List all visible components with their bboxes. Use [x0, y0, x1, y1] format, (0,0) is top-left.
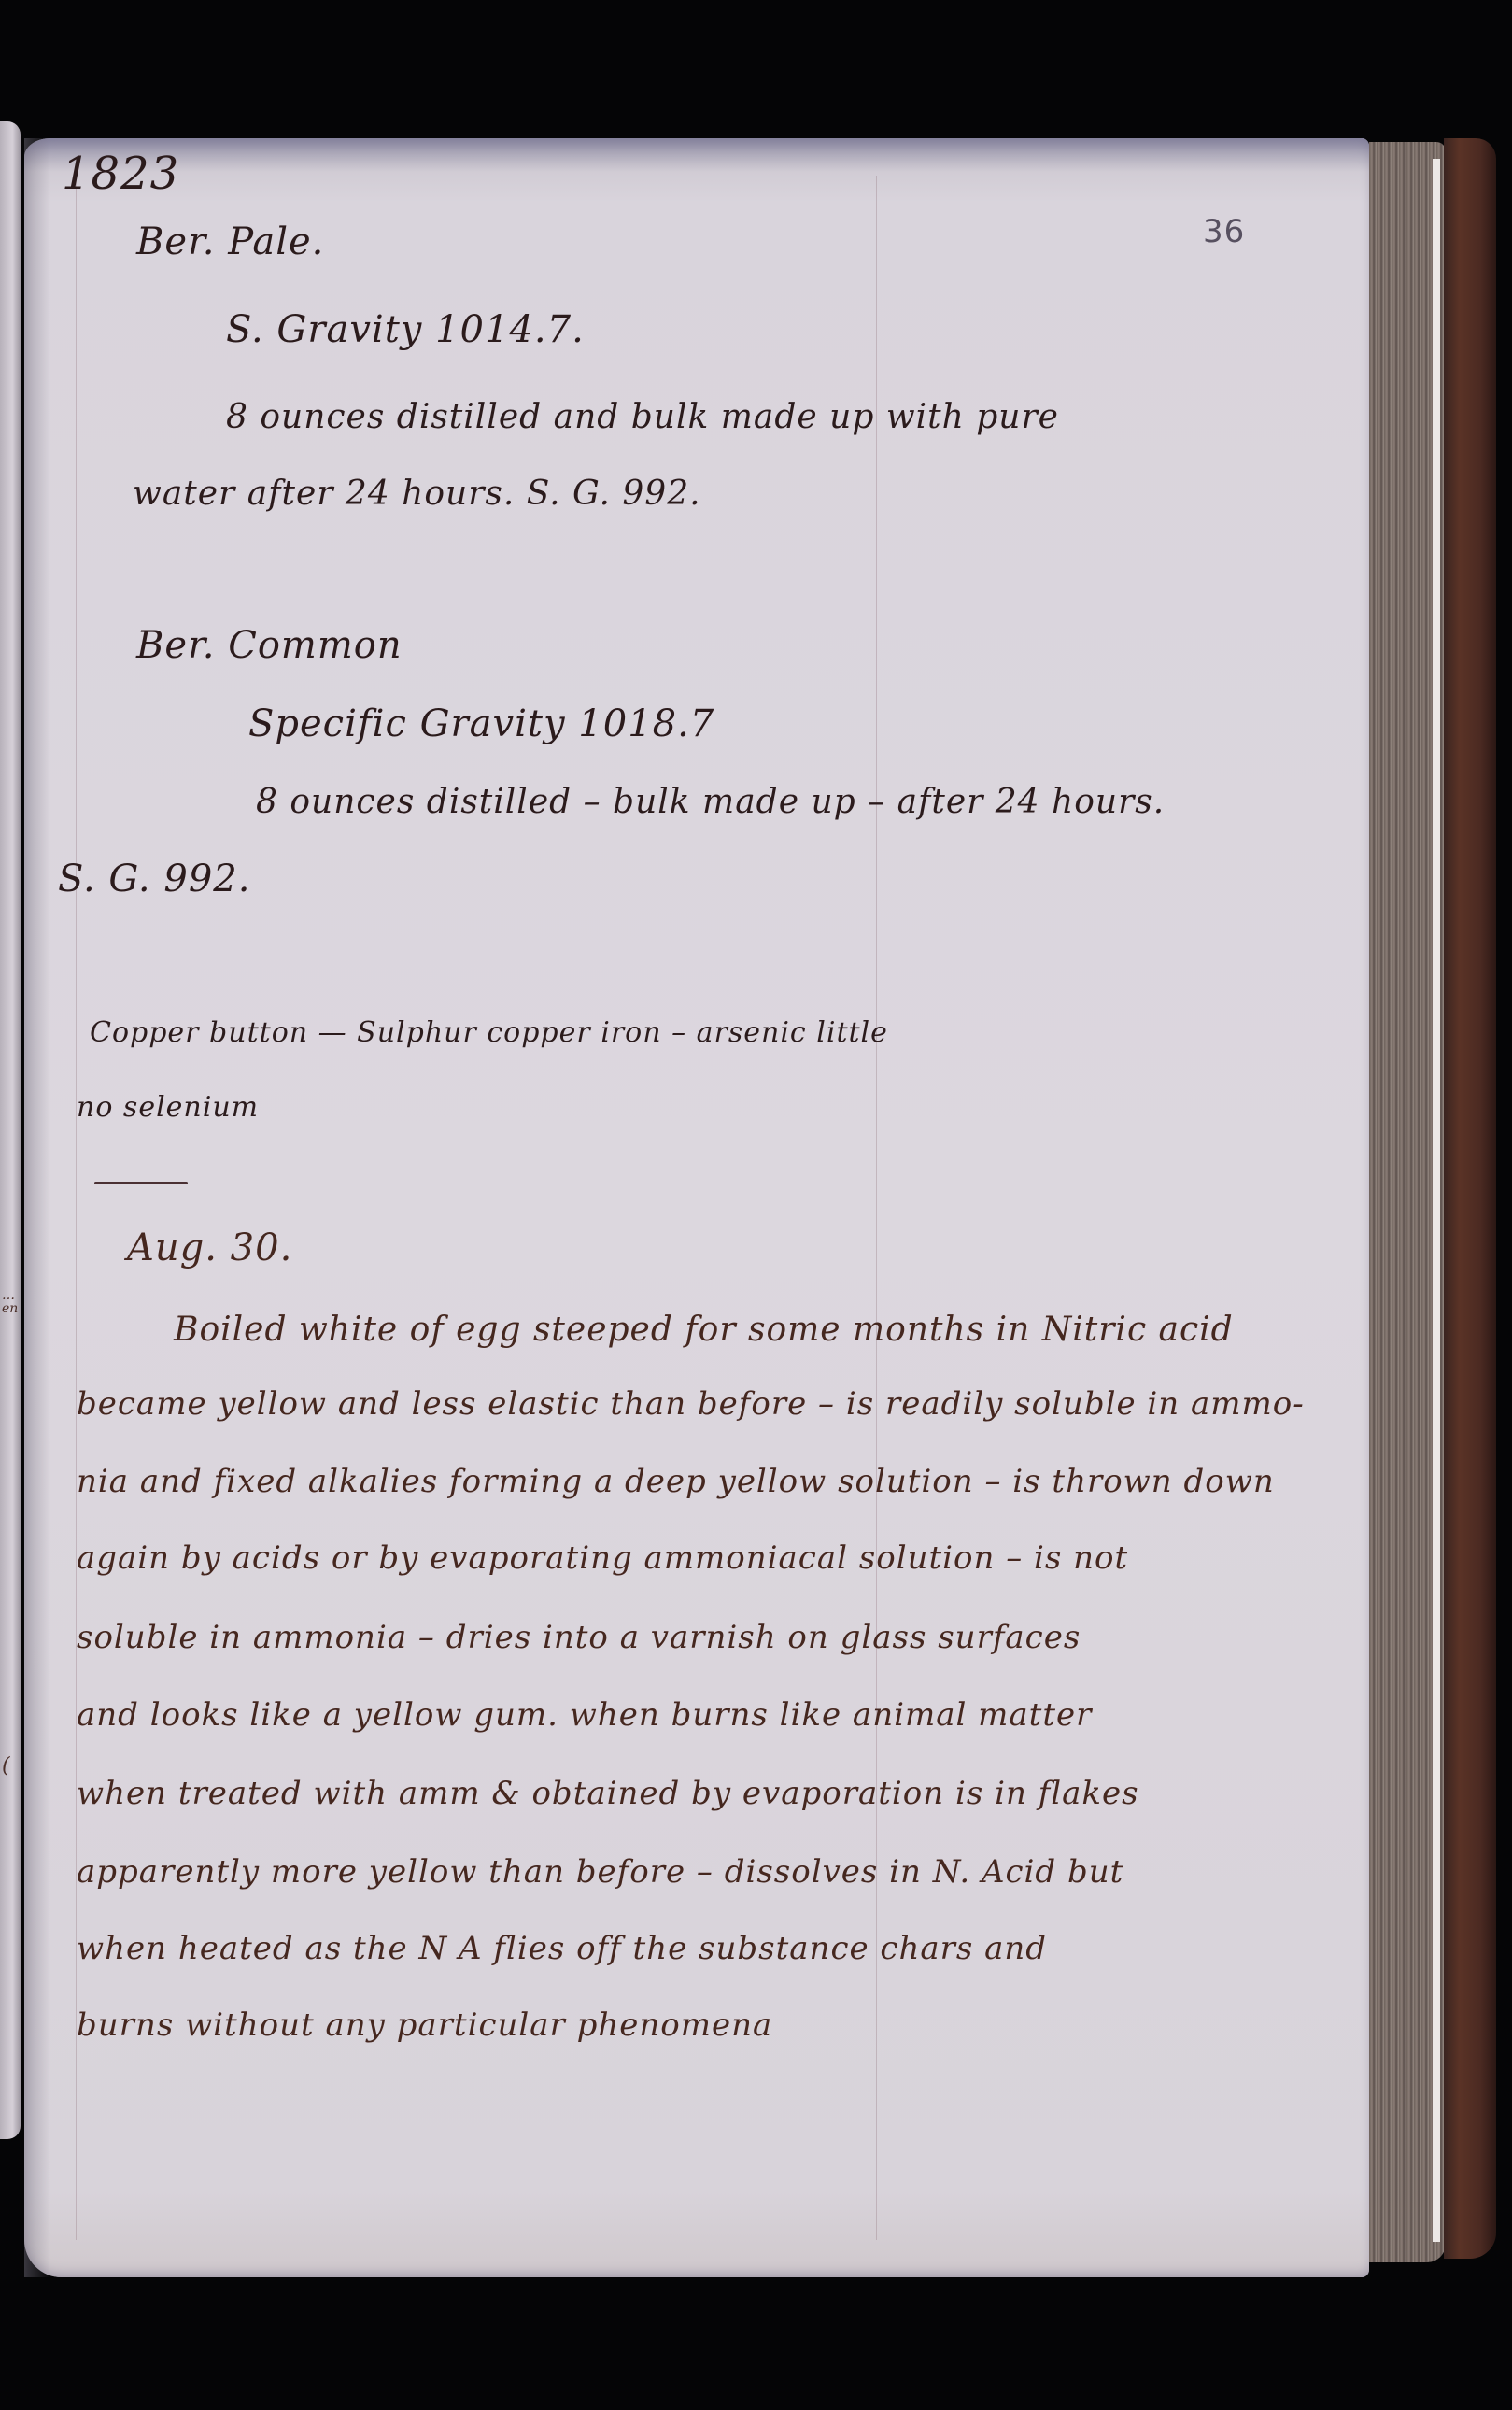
entry-line: Copper button — Sulphur copper iron – ar… [90, 1016, 888, 1049]
entry-line: S. G. 992. [58, 858, 250, 900]
year-heading: 1823 [62, 148, 179, 200]
entry-line: burns without any particular phenomena [77, 2006, 772, 2044]
book-cover [1444, 138, 1496, 2259]
entry-line: no selenium [77, 1091, 259, 1124]
entry-line: soluble in ammonia – dries into a varnis… [77, 1619, 1081, 1656]
entry-line: Specific Gravity 1018.7 [248, 702, 714, 745]
gutter-shadow [24, 138, 50, 2277]
page-number: 36 [1203, 213, 1245, 250]
left-page-fragment: …en [2, 1289, 19, 1315]
entry-line: nia and fixed alkalies forming a deep ye… [77, 1463, 1275, 1500]
entry-heading: Ber. Pale. [136, 220, 324, 263]
manuscript-page: 1823 36 Ber. Pale. S. Gravity 1014.7. 8 … [24, 138, 1369, 2277]
entry-heading: Aug. 30. [127, 1226, 292, 1269]
entry-line: again by acids or by evaporating ammonia… [77, 1539, 1128, 1577]
entry-heading: Ber. Common [136, 624, 403, 667]
entry-line: 8 ounces distilled – bulk made up – afte… [256, 783, 1165, 821]
entry-line: when treated with amm & obtained by evap… [77, 1775, 1139, 1812]
entry-line: S. Gravity 1014.7. [226, 308, 585, 351]
entry-line: became yellow and less elastic than befo… [77, 1385, 1305, 1423]
entry-line: water after 24 hours. S. G. 992. [133, 475, 701, 513]
page-stack-white-edge [1433, 159, 1440, 2242]
page-top-shadow [24, 138, 1369, 172]
entry-line: 8 ounces distilled and bulk made up with… [226, 398, 1059, 436]
entry-line: when heated as the N A flies off the sub… [77, 1930, 1047, 1967]
left-page-fragment: ( [2, 1756, 10, 1777]
entry-line: and looks like a yellow gum. when burns … [77, 1696, 1092, 1734]
entry-line: apparently more yellow than before – dis… [77, 1853, 1123, 1891]
entry-line: Boiled white of egg steeped for some mon… [174, 1311, 1234, 1349]
section-divider [94, 1182, 188, 1184]
left-page-marks: …en ( [0, 1289, 19, 1850]
